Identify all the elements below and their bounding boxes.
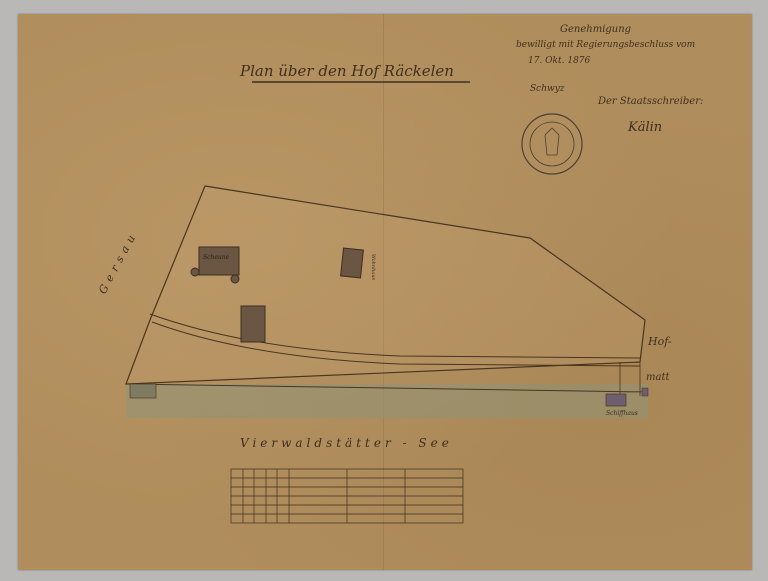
label-boathouse: Schiffhaus xyxy=(606,410,638,417)
boathouse xyxy=(606,394,626,406)
round-structure-icon xyxy=(231,275,239,283)
building-wohnhaus xyxy=(341,248,364,278)
label-hofmatt-1: Hof- xyxy=(648,335,672,348)
building-scheune xyxy=(199,247,239,275)
annotation-line1: Genehmigung xyxy=(560,24,631,35)
plan-drawing xyxy=(0,0,768,581)
landing-pier xyxy=(130,384,156,398)
round-structure-icon xyxy=(191,268,199,276)
building-3 xyxy=(241,306,265,342)
annotation-line5: Der Staatsschreiber: xyxy=(598,96,703,107)
lake-shore xyxy=(126,384,648,418)
annotation-line3: 17. Okt. 1876 xyxy=(528,56,590,66)
seal-icon xyxy=(522,114,582,174)
scale-bar xyxy=(231,469,463,523)
label-hofmatt-2: matt xyxy=(646,372,669,383)
property-boundary xyxy=(126,186,645,384)
signature: Kälin xyxy=(628,120,662,135)
annotation-line4: Schwyz xyxy=(530,84,565,94)
label-building-2: Wohnhaus xyxy=(370,254,376,280)
label-building-1: Scheune xyxy=(203,254,229,261)
annotation-line2: bewilligt mit Regierungsbeschluss vom xyxy=(516,40,695,50)
label-lake: Vierwaldstätter - See xyxy=(240,436,453,450)
plan-title: Plan über den Hof Räckelen xyxy=(240,62,454,80)
